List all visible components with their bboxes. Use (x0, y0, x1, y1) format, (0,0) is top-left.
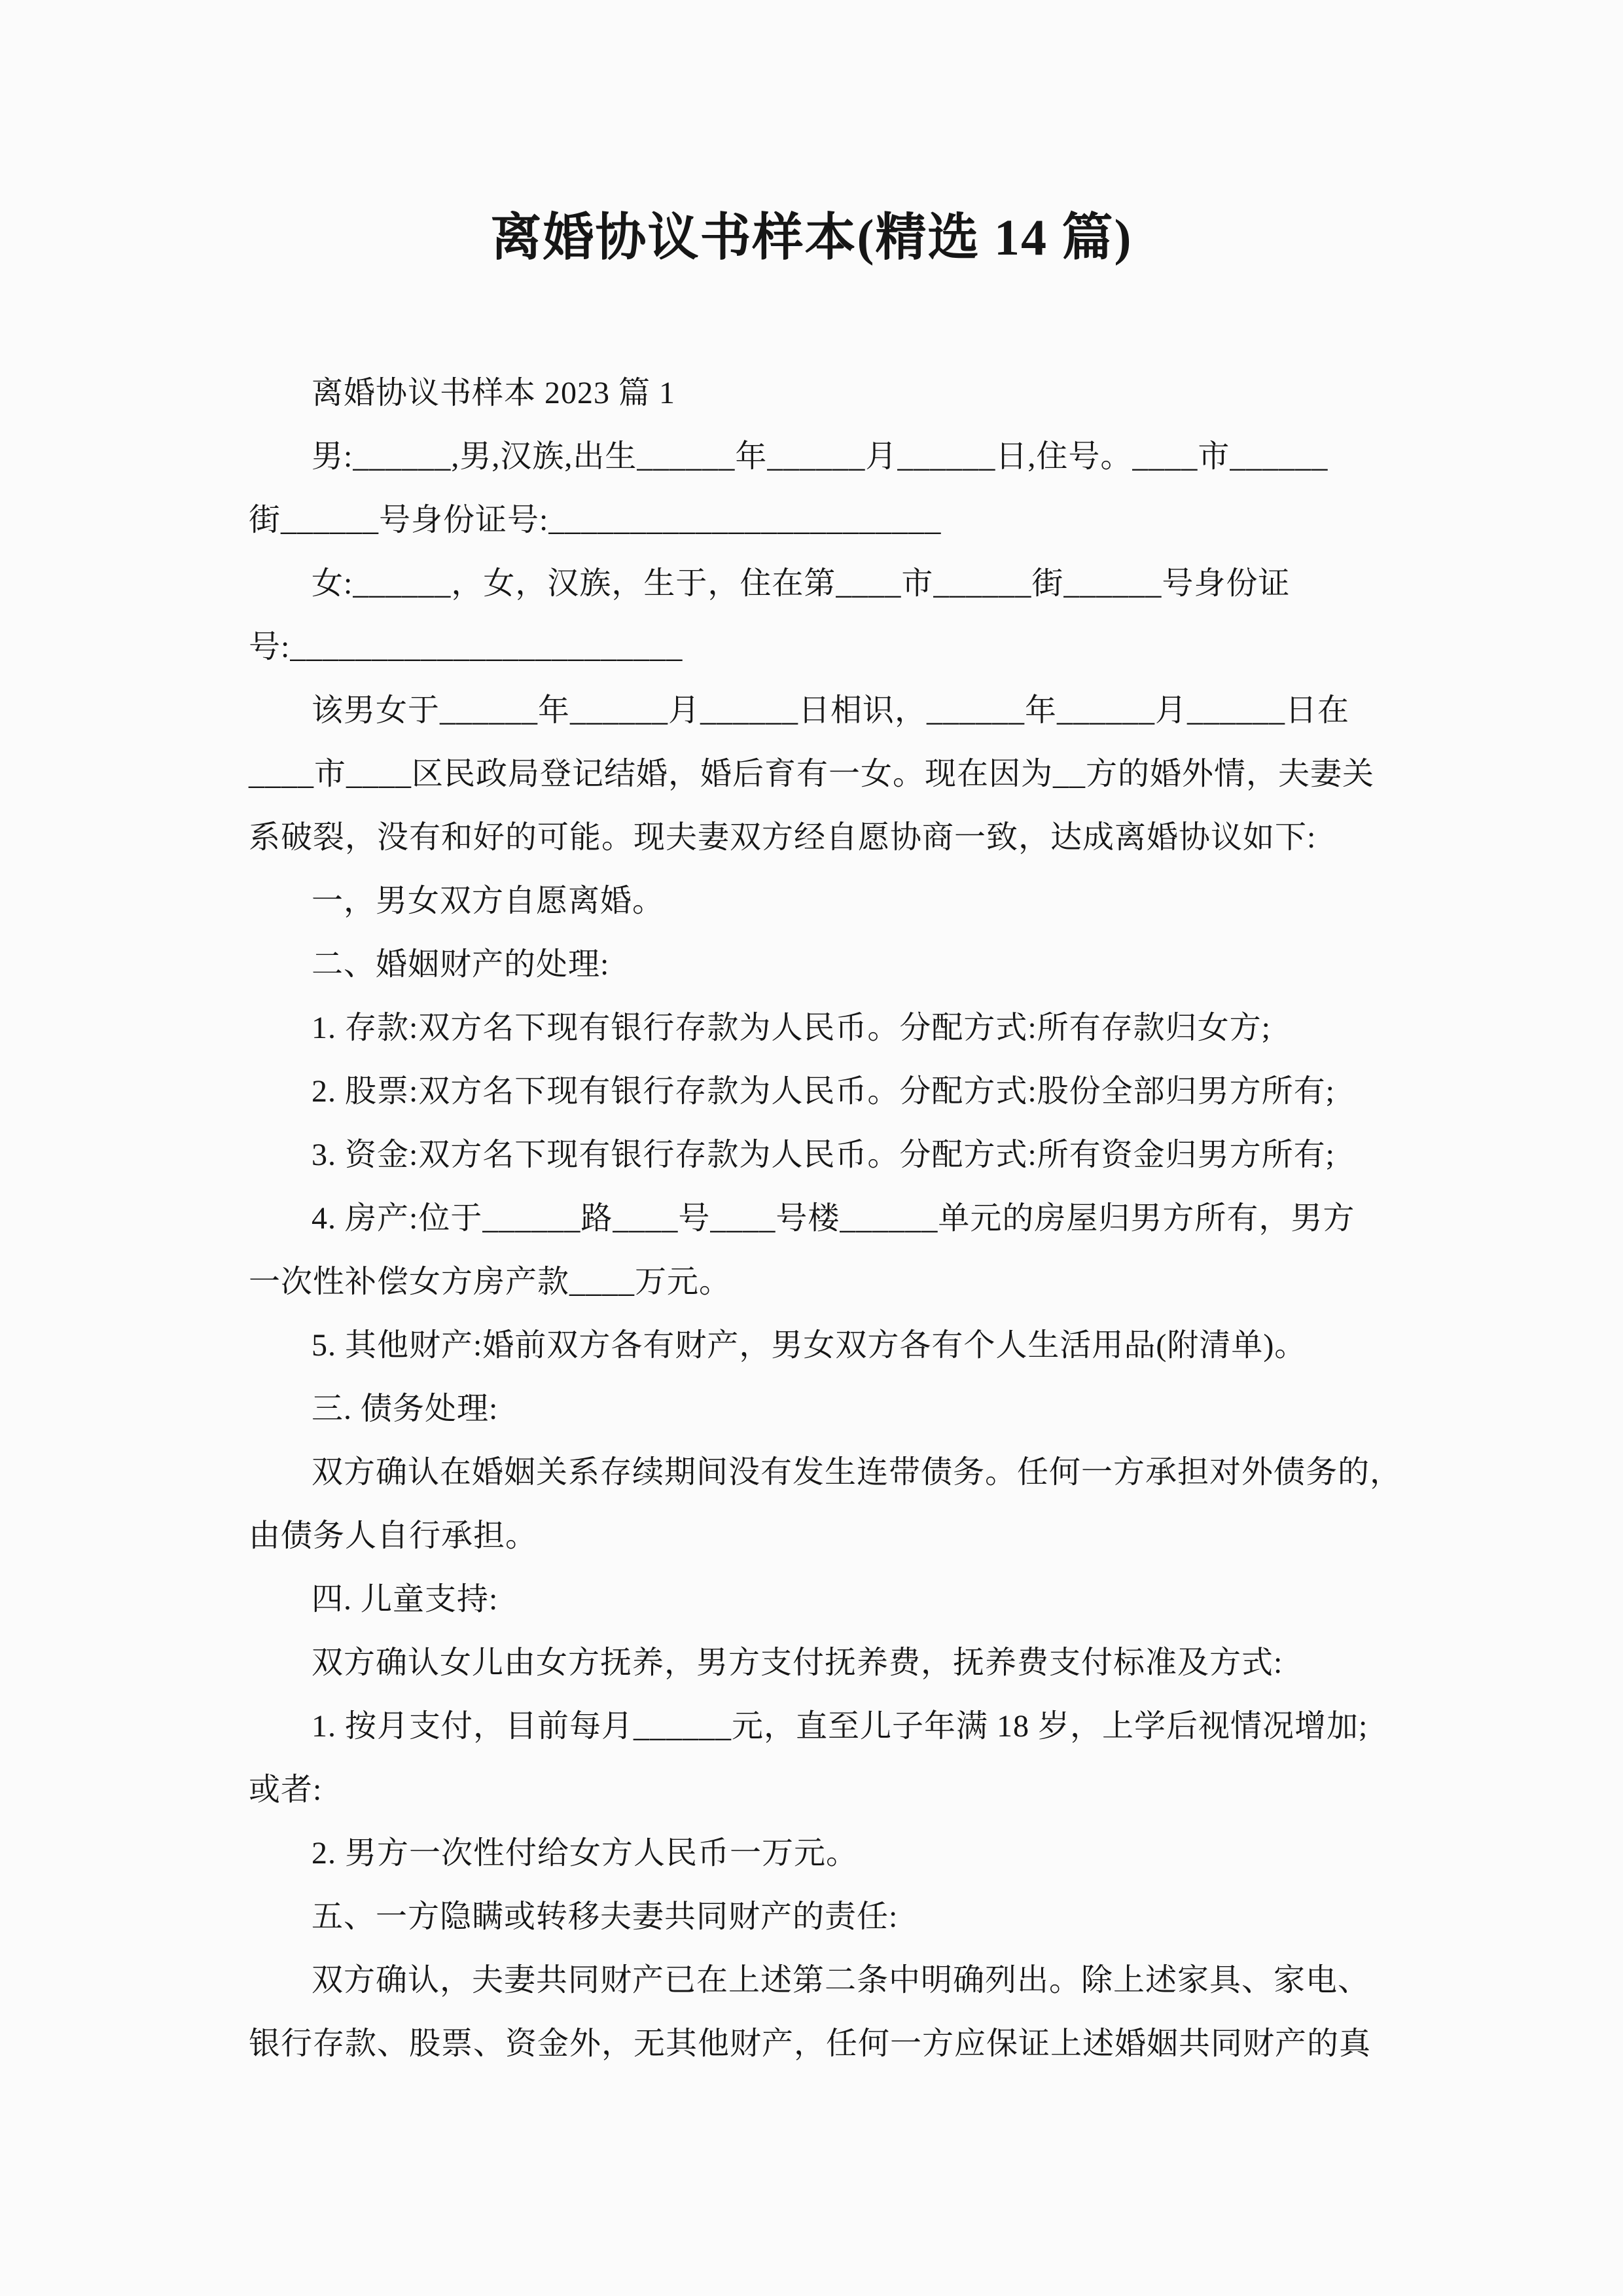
document-line-female-id: 号:________________________ (249, 615, 1380, 679)
document-line-debt-bearer: 由债务人自行承担。 (249, 1504, 1380, 1568)
document-line-registration: ____市____区民政局登记结婚，婚后育有一女。现在因为__方的婚外情，夫妻关 (249, 742, 1380, 806)
document-line-clause-3: 三. 债务处理: (249, 1377, 1380, 1441)
document-body: 离婚协议书样本 2023 篇 1 男:______,男,汉族,出生______年… (249, 361, 1380, 2075)
document-line-clause-1: 一，男女双方自愿离婚。 (249, 869, 1380, 933)
document-line-meeting: 该男女于______年______月______日相识，______年_____… (249, 679, 1380, 742)
document-line-clause-5: 五、一方隐瞒或转移夫妻共同财产的责任: (249, 1885, 1380, 1948)
document-line-funds: 3. 资金:双方名下现有银行存款为人民币。分配方式:所有资金归男方所有; (249, 1123, 1380, 1187)
document-line-female-party: 女:______，女，汉族，生于，住在第____市______街______号身… (249, 552, 1380, 615)
document-line-lump-sum: 2. 男方一次性付给女方人民币一万元。 (249, 1821, 1380, 1885)
document-line-custody: 双方确认女儿由女方抚养，男方支付抚养费，抚养费支付标准及方式: (249, 1631, 1380, 1695)
document-line-male-party: 男:______,男,汉族,出生______年______月______日,住号… (249, 425, 1380, 488)
document-line-deposit: 1. 存款:双方名下现有银行存款为人民币。分配方式:所有存款归女方; (249, 996, 1380, 1060)
document-title: 离婚协议书样本(精选 14 篇) (0, 196, 1623, 270)
document-line-other-assets: 5. 其他财产:婚前双方各有财产，男女双方各有个人生活用品(附清单)。 (249, 1314, 1380, 1377)
document-line-monthly-pay: 1. 按月支付，目前每月______元，直至儿子年满 18 岁，上学后视情况增加… (249, 1695, 1380, 1758)
document-line-confirm-cont: 银行存款、股票、资金外，无其他财产，任何一方应保证上述婚姻共同财产的真 (249, 2012, 1380, 2075)
document-line-clause-2: 二、婚姻财产的处理: (249, 933, 1380, 996)
document-line-or: 或者: (249, 1758, 1380, 1821)
document-line-property: 4. 房产:位于______路____号____号楼______单元的房屋归男方… (249, 1187, 1380, 1250)
document-line-male-id: 街______号身份证号:________________________ (249, 488, 1380, 552)
document-line-debt: 双方确认在婚姻关系存续期间没有发生连带债务。任何一方承担对外债务的， (249, 1441, 1380, 1504)
document-line-clause-4: 四. 儿童支持: (249, 1568, 1380, 1631)
document-line-agreement: 系破裂，没有和好的可能。现夫妻双方经自愿协商一致，达成离婚协议如下: (249, 806, 1380, 869)
document-line-stock: 2. 股票:双方名下现有银行存款为人民币。分配方式:股份全部归男方所有; (249, 1060, 1380, 1123)
document-line-confirm: 双方确认，夫妻共同财产已在上述第二条中明确列出。除上述家具、家电、 (249, 1948, 1380, 2012)
document-page: 离婚协议书样本(精选 14 篇) 离婚协议书样本 2023 篇 1 男:____… (0, 0, 1623, 2296)
document-line-heading: 离婚协议书样本 2023 篇 1 (249, 361, 1380, 425)
document-line-compensation: 一次性补偿女方房产款____万元。 (249, 1250, 1380, 1314)
